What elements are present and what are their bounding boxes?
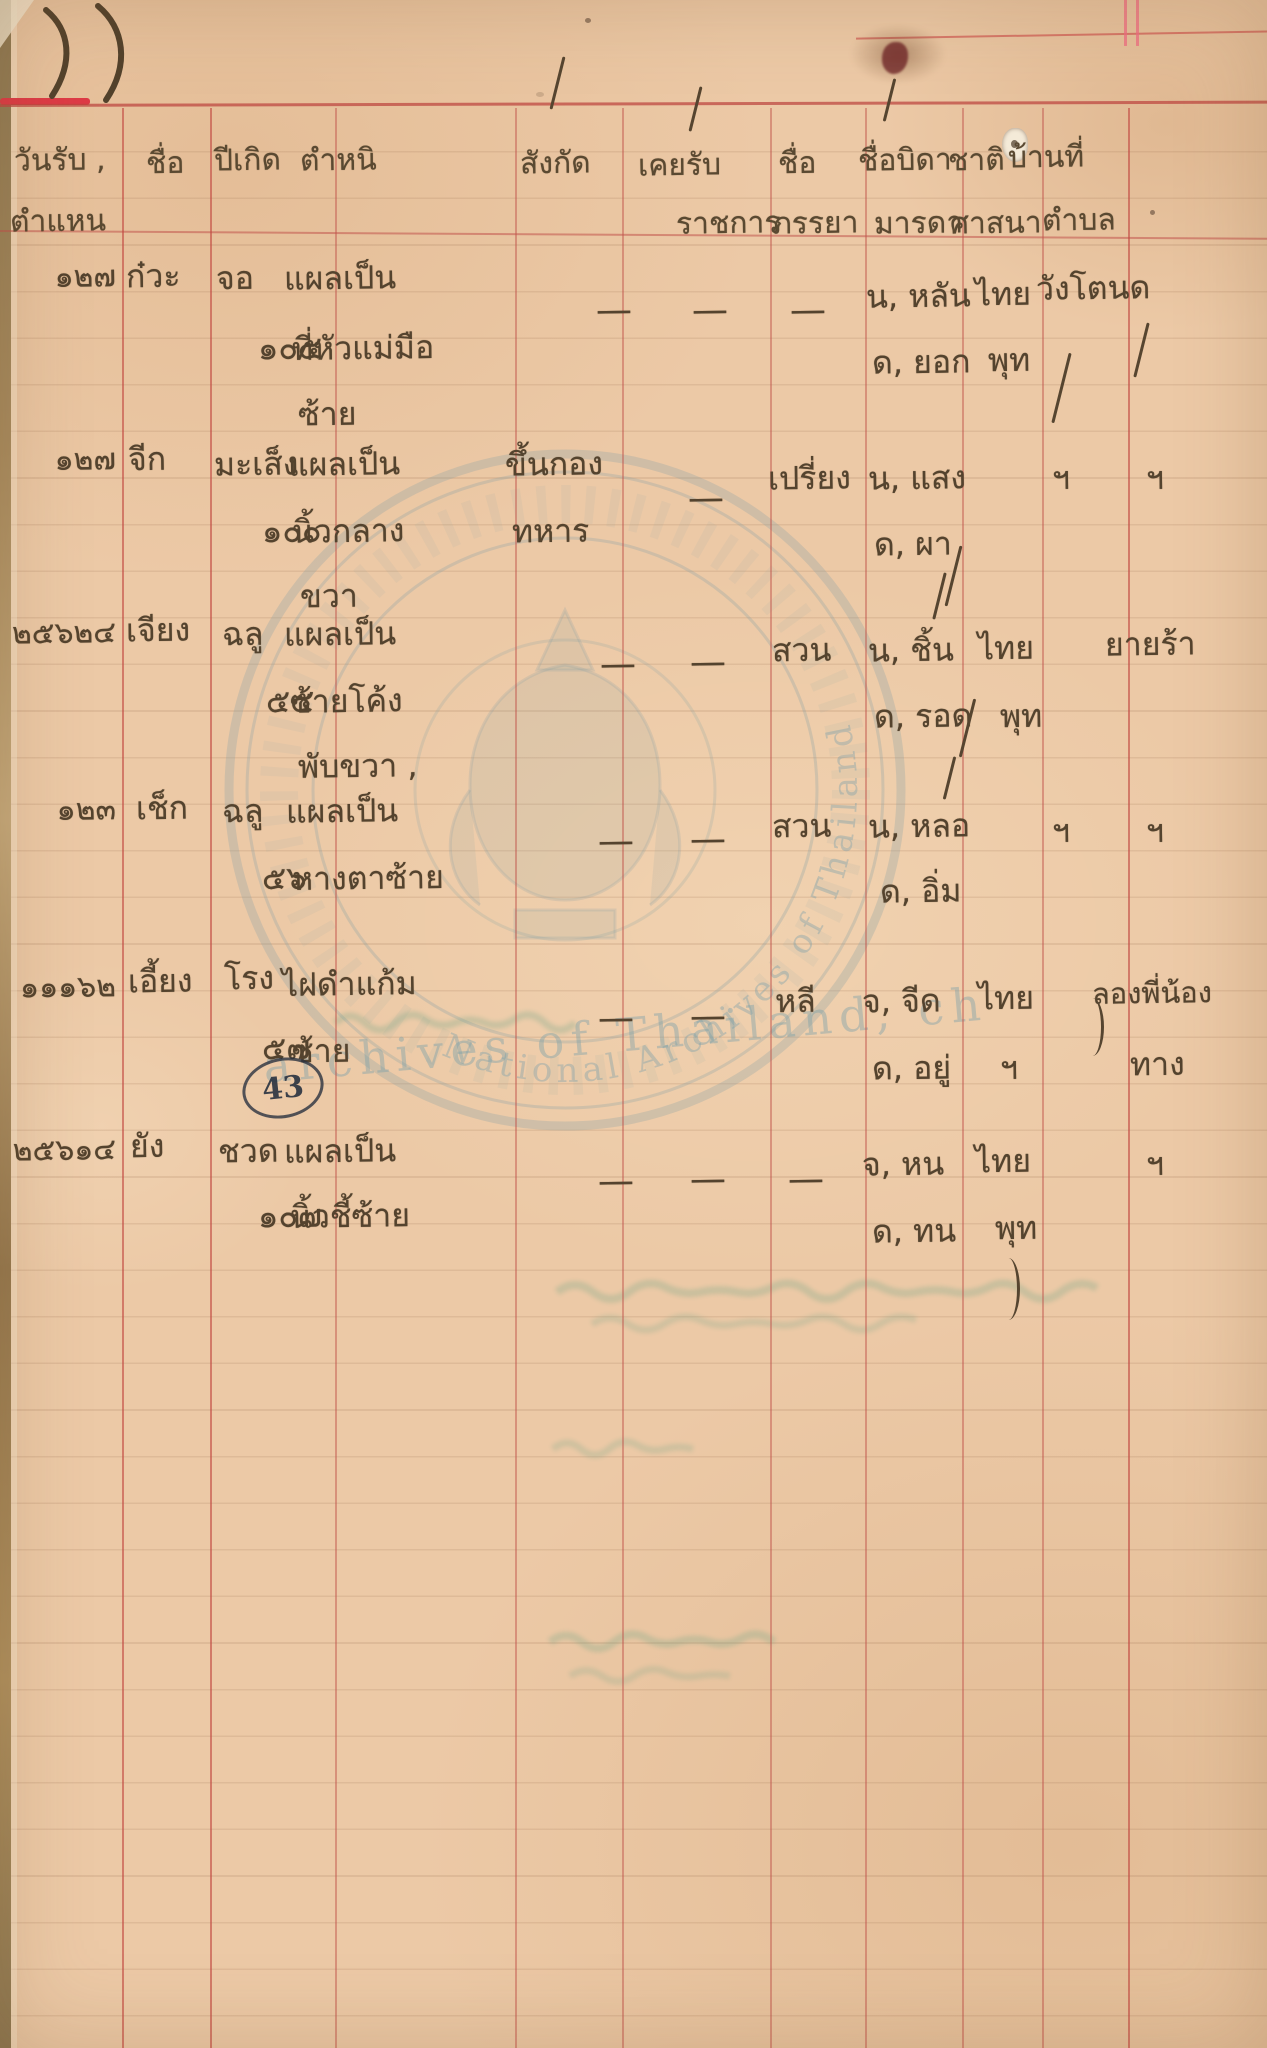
cell-unit: — bbox=[598, 823, 633, 861]
top-right-red-edge-line bbox=[1124, 0, 1127, 46]
cell-marks: ไฝดำแก้ม bbox=[282, 967, 417, 1002]
cell-home: วังโตนด bbox=[1036, 271, 1151, 306]
cell-marks: แผลเป็น bbox=[286, 794, 399, 829]
cell-nationality: ไทย bbox=[975, 278, 1031, 312]
cell-prior-service: — bbox=[690, 998, 725, 1036]
cell-received-no: ๑๒๓ bbox=[2, 794, 116, 827]
header-name: ชื่อ bbox=[146, 148, 185, 180]
header-birth-year: ปีเกิด bbox=[214, 145, 281, 177]
header-nationality: ชาติ bbox=[948, 145, 1005, 177]
cell-home-2: ทาง bbox=[1130, 1048, 1185, 1082]
cell-marks-2: นิ้วชี้ซ้าย bbox=[290, 1199, 410, 1234]
cell-unit: ขึ้นกอง bbox=[505, 447, 603, 482]
cell-marks: แผลเป็น bbox=[284, 261, 397, 296]
cell-home: ยายร้า bbox=[1105, 627, 1196, 662]
cell-nationality: ไทย bbox=[975, 1145, 1031, 1179]
column-rule bbox=[770, 108, 772, 2048]
cell-received-no: ๑๑๑๖๒ bbox=[2, 971, 116, 1004]
cell-unit: — bbox=[596, 292, 631, 330]
cell-religion: พุท bbox=[995, 1212, 1038, 1246]
cell-marks-2: นิ้วกลาง bbox=[292, 514, 405, 549]
cell-marks-3: พับขวา , bbox=[298, 749, 418, 784]
ink-speck bbox=[1150, 210, 1155, 215]
column-rule bbox=[962, 108, 964, 2048]
cell-name: ก๋วะ bbox=[126, 260, 181, 294]
cell-wife: สวน bbox=[772, 634, 832, 668]
cell-mother: ด, อิ่ม bbox=[880, 874, 962, 909]
pen-flourish bbox=[688, 86, 702, 131]
paper-ruling-lines bbox=[0, 106, 1267, 2048]
column-rule bbox=[210, 108, 212, 2048]
cell-unit: — bbox=[598, 1163, 633, 1201]
cell-wife: เปรี่ยง bbox=[768, 461, 851, 496]
column-rule bbox=[1042, 108, 1044, 2048]
cell-mother: ด, อยู่ bbox=[872, 1051, 952, 1086]
cell-birth-year: มะเส็ง bbox=[214, 447, 299, 482]
cell-religion-ditto: ฯ bbox=[1000, 1052, 1018, 1086]
cell-religion: พุท bbox=[988, 344, 1031, 378]
column-rule bbox=[122, 108, 124, 2048]
cell-home-ditto: ฯ bbox=[1146, 1148, 1164, 1182]
pen-flourish bbox=[1133, 322, 1149, 377]
cell-father: จ, หน bbox=[862, 1147, 945, 1182]
ink-bleedthrough bbox=[545, 1622, 785, 1694]
header-home: บ้านที่ bbox=[1008, 141, 1085, 174]
cell-name: เจียง bbox=[126, 614, 191, 648]
cell-wife: หลี bbox=[775, 985, 816, 1019]
cell-marks: แผลเป็น bbox=[284, 617, 397, 652]
header-received-date-2: ตำแหน bbox=[10, 205, 106, 238]
cell-unit-2: ทหาร bbox=[512, 514, 590, 549]
cell-mother: ด, ผา bbox=[874, 527, 952, 562]
cell-unit: — bbox=[598, 1000, 633, 1038]
binding-edge-highlight bbox=[11, 0, 17, 2048]
cell-prior-service: — bbox=[690, 644, 725, 682]
cell-mother: ด, ทน bbox=[872, 1214, 957, 1249]
header-subdistrict: ตำบล bbox=[1042, 204, 1116, 237]
cell-father: จ, จีด bbox=[862, 984, 941, 1019]
cell-home-ditto: ฯ bbox=[1146, 462, 1164, 496]
cell-marks: แผลเป็น bbox=[284, 1134, 397, 1169]
binding-edge bbox=[0, 0, 11, 2048]
cell-home: ลองพี่น้อง bbox=[1092, 977, 1212, 1009]
ink-bleedthrough bbox=[552, 1272, 1122, 1342]
header-unit: สังกัด bbox=[520, 148, 591, 180]
cell-birth-year: ชวด bbox=[218, 1135, 279, 1169]
pen-flourish-marks bbox=[18, 0, 148, 115]
cell-mother: ด, ยอก bbox=[872, 345, 971, 380]
cell-nationality: ไทย bbox=[978, 982, 1034, 1016]
top-rule bbox=[0, 101, 1267, 107]
cell-wife: — bbox=[788, 1161, 823, 1199]
cell-wife: สวน bbox=[772, 810, 832, 844]
header-prior-service: เคยรับ bbox=[638, 149, 721, 182]
cell-unit: — bbox=[600, 646, 635, 684]
header-prior-service-2: ราชการ bbox=[676, 207, 781, 240]
top-right-red-edge-line bbox=[1136, 0, 1139, 46]
header-marks: ตำหนิ bbox=[300, 144, 377, 177]
cell-marks-3: ขวา bbox=[300, 580, 358, 614]
cell-home-ditto: ฯ bbox=[1146, 815, 1164, 849]
cell-marks-2: ซ้ายโค้ง bbox=[290, 684, 403, 719]
cell-marks: แผลเป็น bbox=[288, 447, 401, 482]
ink-speck bbox=[585, 18, 591, 23]
cell-father: น, หลัน bbox=[866, 279, 971, 314]
ink-speck bbox=[536, 92, 544, 97]
pen-flourish bbox=[943, 756, 957, 799]
column-rule bbox=[865, 108, 867, 2048]
header-wife-name-2: ภรรยา bbox=[772, 207, 859, 240]
cell-name: ยัง bbox=[130, 1130, 165, 1164]
ink-bleedthrough bbox=[548, 1432, 708, 1466]
header-received-date: วันรับ , bbox=[14, 144, 106, 177]
cell-birth-year: โรง bbox=[224, 962, 274, 996]
pen-flourish bbox=[1051, 353, 1071, 424]
cell-received-no: ๒๕๖๒๔ bbox=[2, 617, 116, 650]
column-rule bbox=[515, 108, 517, 2048]
cell-father: น, แสง bbox=[868, 461, 966, 496]
cell-marks-3: ซ้าย bbox=[298, 398, 357, 432]
cell-received-no: ๒๕๖๑๔ bbox=[2, 1134, 116, 1167]
page-number-stamp-value: 43 bbox=[260, 1068, 305, 1107]
cell-name: เช็ก bbox=[136, 792, 188, 826]
cell-birth-year: จอ bbox=[216, 262, 254, 296]
cell-birth-year: ฉลู bbox=[222, 618, 264, 652]
cell-prior-service: — bbox=[690, 821, 725, 859]
cell-name: จีก bbox=[128, 443, 167, 477]
pen-flourish bbox=[932, 572, 947, 619]
cell-mother: ด, รอด bbox=[874, 699, 973, 734]
cell-wife: — bbox=[790, 292, 825, 330]
cell-birth-year: ฉลู bbox=[222, 795, 264, 829]
cell-nationality-ditto: ฯ bbox=[1052, 462, 1070, 496]
cell-nationality: ไทย bbox=[978, 632, 1034, 666]
cell-nationality-ditto: ฯ bbox=[1052, 815, 1070, 849]
cell-received-no: ๑๒๗ bbox=[2, 261, 116, 294]
header-wife-name: ชื่อ bbox=[778, 148, 817, 180]
cell-prior-service: — bbox=[690, 1161, 725, 1199]
header-father-name: ชื่อบิดา bbox=[858, 144, 952, 177]
cell-father: น, หลอ bbox=[868, 809, 971, 844]
column-rule bbox=[622, 108, 624, 2048]
cell-marks-2: ที่หัวแม่มือ bbox=[292, 331, 435, 367]
pen-flourish bbox=[883, 78, 897, 121]
pen-flourish bbox=[1002, 1258, 1020, 1320]
cell-received-no: ๑๒๗ bbox=[2, 444, 116, 477]
cell-name: เอี้ยง bbox=[128, 965, 193, 999]
header-religion: ศาสนา bbox=[950, 207, 1042, 240]
document-page: National Archives of Thailand archives o… bbox=[0, 0, 1267, 2048]
cell-father: น, ชิ้น bbox=[868, 633, 954, 668]
cell-religion: พุท bbox=[1000, 700, 1043, 734]
cell-prior-service: — bbox=[692, 292, 727, 330]
cell-prior-service: — bbox=[688, 480, 723, 518]
cell-marks-2: หางตาซ้าย bbox=[292, 861, 444, 897]
